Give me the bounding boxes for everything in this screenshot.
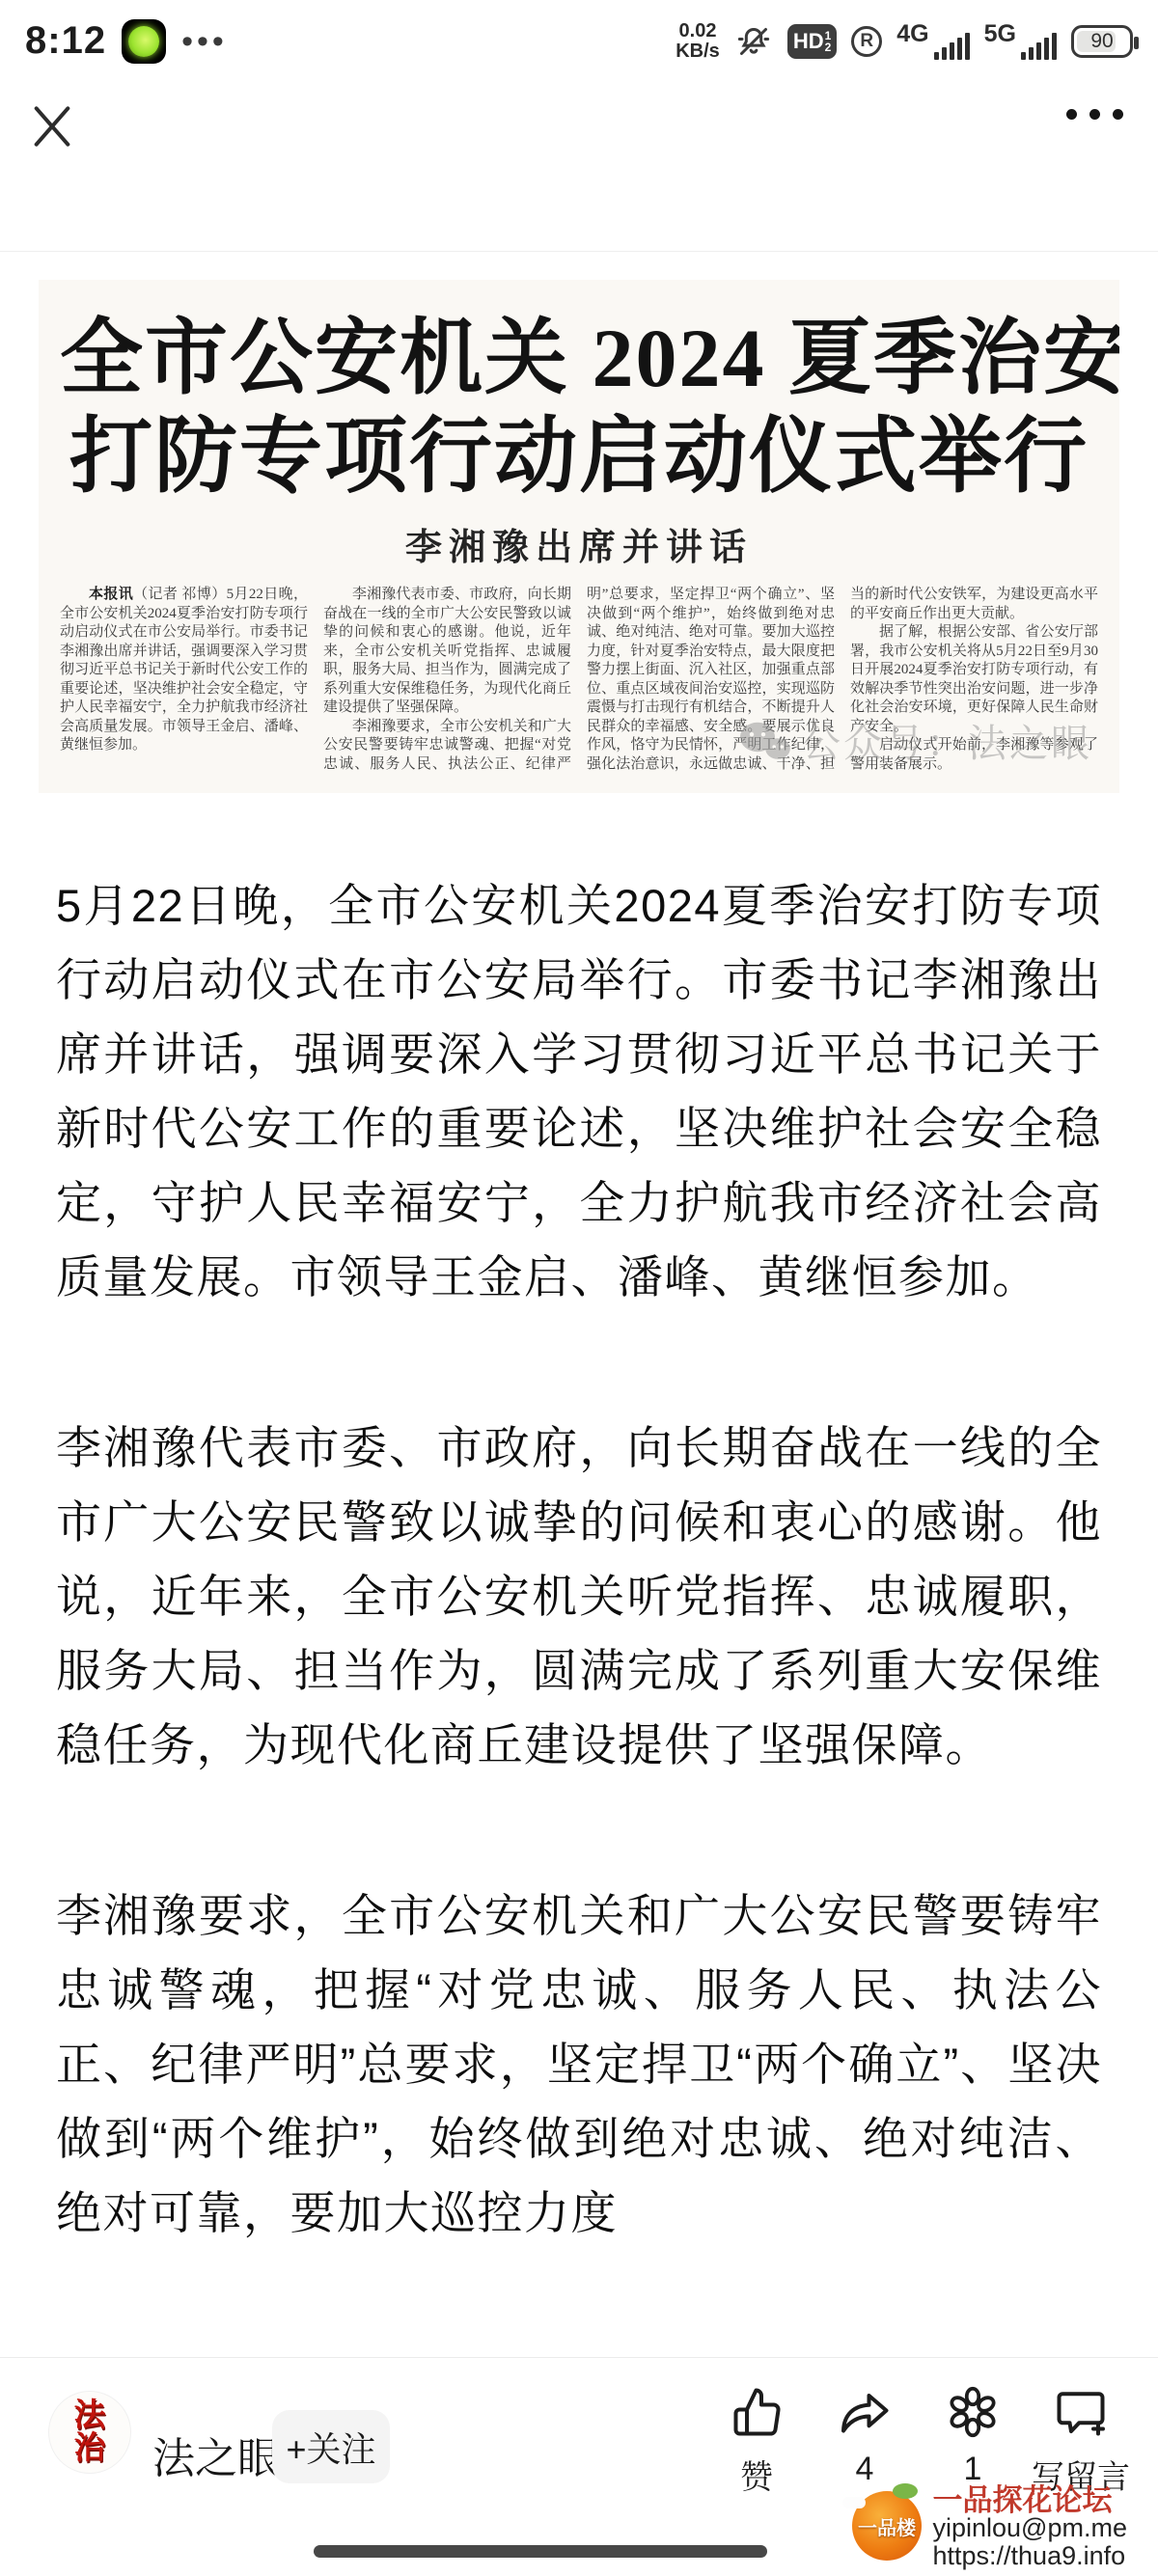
clipping-headline-line1: 全市公安机关 2024 夏季治安 bbox=[60, 309, 1098, 407]
home-indicator[interactable] bbox=[314, 2545, 767, 2558]
volte-hd-icon: HD 12 bbox=[787, 24, 837, 59]
clipping-headline-line2: 打防专项行动启动仪式举行 bbox=[60, 407, 1098, 506]
article-paragraph: 李湘豫代表市委、市政府，向长期奋战在一线的全市广大公安民警致以诚挚的问候和衷心的… bbox=[56, 1411, 1102, 1782]
article-body: 5月22日晚，全市公安机关2024夏季治安打防专项行动启动仪式在市公安局举行。市… bbox=[0, 791, 1158, 2357]
comment-button[interactable]: 写留言 bbox=[1027, 2383, 1135, 2498]
watermark-email: yipinlou@pm.me bbox=[933, 2514, 1128, 2542]
bottom-bar: 法 治 法之眼 +关注 赞 4 bbox=[0, 2357, 1158, 2576]
sim2-signal: 5G bbox=[984, 22, 1057, 60]
account-name[interactable]: 法之眼 bbox=[152, 2424, 280, 2485]
wow-button[interactable]: 1 bbox=[919, 2383, 1027, 2498]
thumbs-up-icon bbox=[728, 2383, 786, 2441]
share-button[interactable]: 4 bbox=[811, 2383, 919, 2498]
watermark-site-name: 一品探花论坛 bbox=[933, 2486, 1128, 2514]
close-icon[interactable] bbox=[25, 99, 79, 153]
article-paragraph: 李湘豫要求，全市公安机关和广大公安民警要铸牢忠诚警魂，把握“对党忠诚、服务人民、… bbox=[56, 1878, 1102, 2250]
mute-icon bbox=[734, 22, 773, 61]
yipinlou-logo: 一品楼 bbox=[852, 2491, 922, 2561]
comment-bubble-icon bbox=[1052, 2383, 1110, 2441]
phone-screen: 8:12 ••• 0.02 KB/s HD 12 R bbox=[0, 0, 1158, 2576]
battery-icon: 90 bbox=[1071, 25, 1133, 58]
flower-icon bbox=[944, 2383, 1002, 2441]
network-speed: 0.02 KB/s bbox=[675, 21, 720, 62]
nav-bar bbox=[0, 82, 1158, 252]
share-arrow-icon bbox=[836, 2383, 894, 2441]
article-paragraph: 5月22日晚，全市公安机关2024夏季治安打防专项行动启动仪式在市公安局举行。市… bbox=[56, 868, 1102, 1314]
status-bar: 8:12 ••• 0.02 KB/s HD 12 R bbox=[0, 0, 1158, 82]
site-watermark: 一品探花论坛 yipinlou@pm.me https://thua9.info bbox=[933, 2486, 1128, 2570]
recorder-app-icon bbox=[122, 19, 166, 64]
notification-dots-icon: ••• bbox=[181, 25, 228, 58]
clipping-paragraph: 启动仪式开始前，李湘豫等参观了警用装备展示。 bbox=[850, 736, 1098, 774]
clipping-subtitle: 李湘豫出席并讲话 bbox=[60, 517, 1098, 570]
clipping-paragraph: 本报讯（记者 祁博）5月22日晚，全市公安机关2024夏季治安打防专项行动启动仪… bbox=[60, 586, 308, 755]
roaming-icon: R bbox=[851, 26, 882, 57]
clipping-paragraph: 李湘豫代表市委、市政府，向长期奋战在一线的全市广大公安民警致以诚挚的问候和衷心的… bbox=[323, 586, 571, 718]
clipping-paragraph: 据了解，根据公安部、省公安厅部署，我市公安机关将从5月22日至9月30日开展20… bbox=[850, 623, 1098, 736]
more-menu-icon[interactable] bbox=[1066, 109, 1123, 120]
newspaper-clipping[interactable]: 全市公安机关 2024 夏季治安 打防专项行动启动仪式举行 李湘豫出席并讲话 本… bbox=[39, 280, 1119, 793]
watermark-url: https://thua9.info bbox=[933, 2542, 1128, 2570]
account-avatar[interactable]: 法 治 bbox=[48, 2391, 131, 2474]
clock: 8:12 bbox=[25, 19, 106, 63]
follow-button[interactable]: +关注 bbox=[272, 2410, 390, 2483]
like-button[interactable]: 赞 bbox=[703, 2383, 811, 2498]
sim1-signal: 4G bbox=[896, 22, 969, 60]
clipping-columns: 本报讯（记者 祁博）5月22日晚，全市公安机关2024夏季治安打防专项行动启动仪… bbox=[60, 586, 1098, 793]
